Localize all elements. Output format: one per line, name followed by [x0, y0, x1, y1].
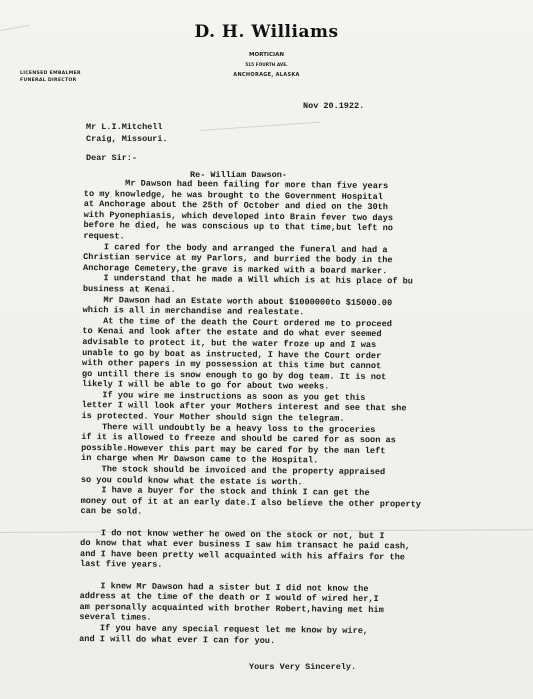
- letter-body: Mr Dawson had been failing for more than…: [79, 178, 504, 648]
- letter-page: D. H. Williams MORTICIAN 515 FOURTH AVE.…: [0, 0, 533, 699]
- recipient-block: Mr L.I.Mitchell Craig, Missouri.: [86, 121, 168, 145]
- letter-paragraph: If you wire me instructions as soon as y…: [81, 390, 501, 426]
- paper-crease: [200, 122, 320, 131]
- letter-paragraph: At the time of the death the Court order…: [82, 316, 503, 395]
- letterhead-credentials: LICENSED EMBALMER FUNERAL DIRECTOR: [20, 71, 81, 84]
- letter-date: Nov 20.1922.: [303, 101, 364, 111]
- salutation: Dear Sir:-: [86, 153, 137, 163]
- closing: Yours Very Sincerely.: [249, 662, 356, 672]
- letter-paragraph: Mr Dawson had been failing for more than…: [83, 178, 504, 246]
- letter-paragraph: I knew Mr Dawson had a sister but I did …: [79, 570, 500, 627]
- letter-paragraph: If you have any special request let me k…: [79, 623, 499, 649]
- recipient-location: Craig, Missouri.: [86, 133, 168, 145]
- letterhead-address-line1: 515 FOURTH AVE.: [0, 63, 533, 68]
- letter-paragraph: I have a buyer for the stock and think I…: [80, 485, 500, 521]
- letterhead-title: MORTICIAN: [0, 52, 533, 58]
- credential-line2: FUNERAL DIRECTOR: [20, 78, 81, 85]
- letter-paragraph: There will undoubtly be a heavy loss to …: [81, 422, 501, 469]
- letter-paragraph: I do not know wether he owed on the stoc…: [80, 517, 501, 574]
- recipient-name: Mr L.I.Mitchell: [86, 121, 168, 133]
- letterhead-name: D. H. Williams: [0, 22, 533, 42]
- letter-paragraph: I cared for the body and arranged the fu…: [83, 242, 503, 278]
- credential-line1: LICENSED EMBALMER: [20, 71, 81, 78]
